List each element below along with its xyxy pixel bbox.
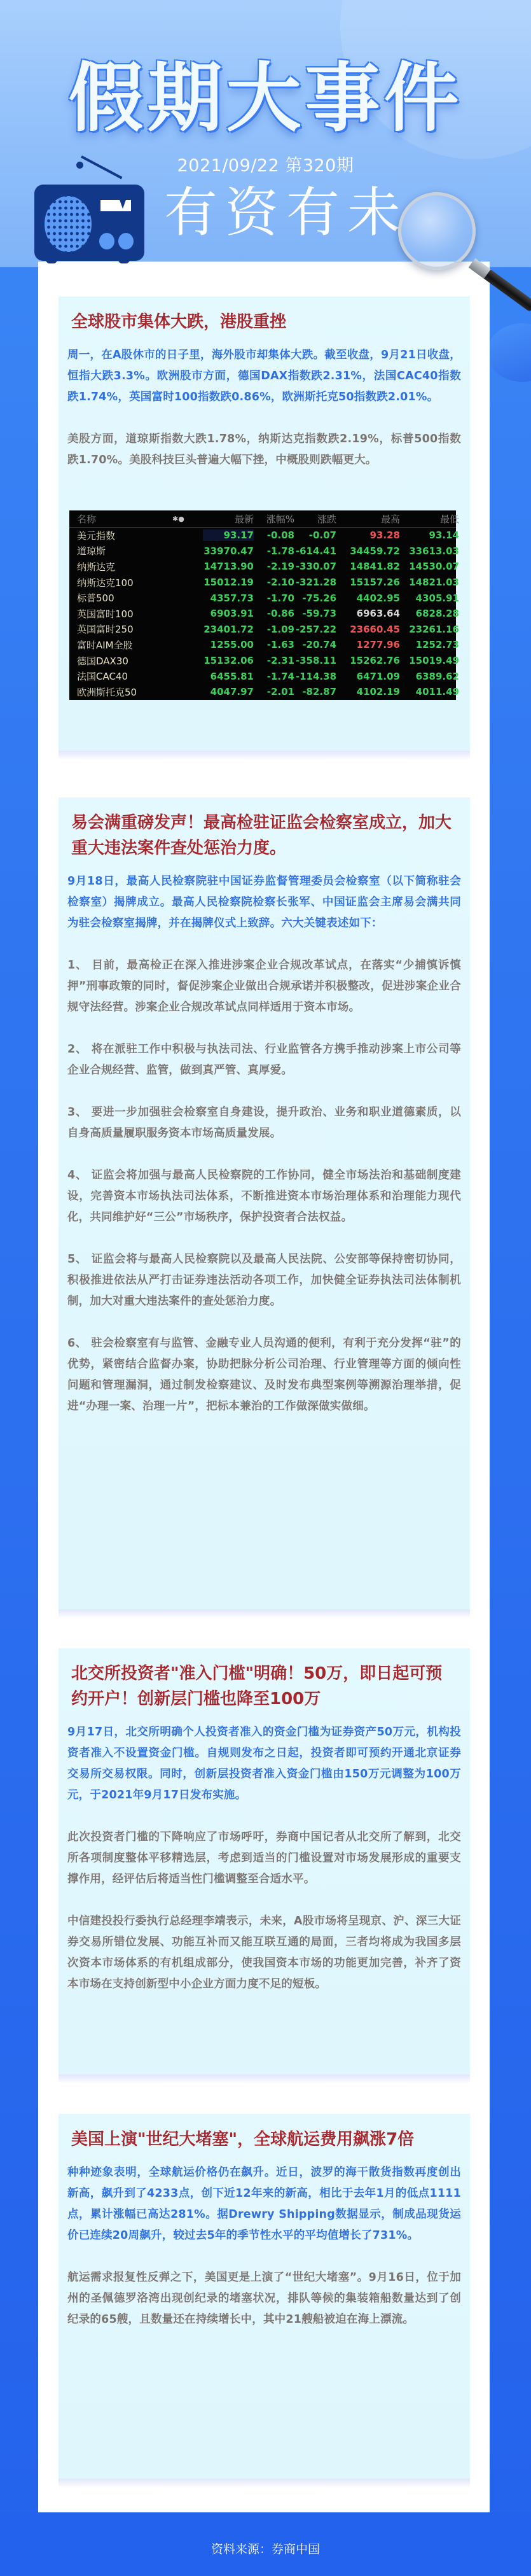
table-row[interactable]: 纳斯达克10015012.19-2.10-321.2815157.2614821… — [69, 575, 456, 591]
change-value: -358.11 — [294, 655, 336, 666]
radio-knob-icon — [99, 233, 114, 249]
change-percent: -0.08 — [254, 529, 294, 541]
high-value: 6471.09 — [336, 671, 400, 682]
source-credit: 资料来源：券商中国 — [0, 2540, 531, 2557]
magnifier-icon — [398, 192, 476, 270]
news-section-shipping: 美国上演"世纪大堵塞"，全球航运费用飙涨7倍 种种迹象表明，全球航运价格仍在飙升… — [59, 2114, 470, 2479]
column-header: 最新 — [203, 512, 254, 526]
section-title: 美国上演"世纪大堵塞"，全球航运费用飙涨7倍 — [67, 2127, 461, 2152]
change-percent: -2.01 — [254, 686, 294, 697]
news-section-procuratorate: 易会满重磅发声！最高检驻证监会检察室成立，加大重大违法案件查处惩治力度。 9月1… — [59, 797, 470, 1609]
change-value: -59.73 — [294, 608, 336, 619]
index-name: 德国DAX30 — [77, 654, 172, 668]
high-value: 1277.96 — [336, 639, 400, 650]
high-value: 4102.19 — [336, 686, 400, 697]
body-paragraph: 1、 目前，最高检正在深入推进涉案企业合规改革试点，在落实“少捕慎诉慎押”刑事政… — [67, 955, 461, 1018]
body-paragraph: 3、 要进一步加强驻会检察室自身建设，提升政治、业务和职业道德素质，以自身高质量… — [67, 1102, 461, 1144]
change-value: -20.74 — [294, 639, 336, 650]
high-value: 6963.64 — [336, 608, 400, 619]
low-value: 33613.03 — [400, 545, 459, 557]
table-row[interactable]: 欧洲斯托克504047.97-2.01-82.874102.194011.49 — [69, 684, 456, 700]
column-header: 涨幅% — [254, 512, 294, 526]
table-row[interactable]: 标普5004357.73-1.70-75.264402.954305.91 — [69, 590, 456, 606]
index-name: 道琼斯 — [77, 544, 172, 557]
high-value: 14841.82 — [336, 561, 400, 572]
column-subtitle: 有资有未 — [164, 186, 408, 239]
change-percent: -1.74 — [254, 671, 294, 682]
latest-value: 4357.73 — [203, 592, 254, 604]
latest-value: 15012.19 — [203, 577, 254, 588]
column-header: 涨跌 — [294, 512, 336, 526]
table-header: 名称 ✱● 最新 涨幅% 涨跌 最高 最低 — [69, 511, 456, 528]
market-quote-table: 名称 ✱● 最新 涨幅% 涨跌 最高 最低 美元指数93.17-0.08-0.0… — [69, 510, 456, 700]
change-value: -321.28 — [294, 577, 336, 588]
settings-dots-icon: ✱● — [172, 515, 203, 523]
high-value: 23660.45 — [336, 624, 400, 635]
change-value: -330.07 — [294, 561, 336, 572]
low-value: 1252.73 — [400, 639, 459, 650]
index-name: 法国CAC40 — [77, 669, 172, 683]
body-paragraph: 5、 证监会将与最高人民检察院以及最高人民法院、公安部等保持密切协同，积极推进依… — [67, 1249, 461, 1312]
radio-knob-icon — [118, 233, 134, 249]
column-header: 最低 — [400, 512, 459, 526]
latest-value: 1255.00 — [203, 639, 254, 650]
change-value: -0.07 — [294, 529, 336, 541]
radio-leg-icon — [118, 255, 130, 263]
latest-value: 6455.81 — [203, 671, 254, 682]
low-value: 14821.03 — [400, 577, 459, 588]
section-title: 易会满重磅发声！最高检驻证监会检察室成立，加大重大违法案件查处惩治力度。 — [67, 810, 461, 861]
radio-screen-icon — [100, 200, 131, 211]
news-section-global-stocks: 全球股市集体大跌，港股重挫 周一，在A股休市的日子里，海外股市却集体大跌。截至收… — [59, 297, 470, 751]
high-value: 15262.76 — [336, 655, 400, 666]
body-paragraph: 6、 驻会检察室有与监管、金融专业人员沟通的便利，有利于充分发挥“驻”的优势，紧… — [67, 1333, 461, 1417]
lead-paragraph: 9月17日，北交所明确个人投资者准入的资金门槛为证券资产50万元，机构投资者准入… — [67, 1722, 461, 1806]
table-row[interactable]: 富时AIM全股1255.00-1.63-20.741277.961252.73 — [69, 637, 456, 653]
change-percent: -2.31 — [254, 655, 294, 666]
change-percent: -2.19 — [254, 561, 294, 572]
change-value: -75.26 — [294, 592, 336, 604]
low-value: 14530.07 — [400, 561, 459, 572]
change-percent: -1.09 — [254, 624, 294, 635]
lead-paragraph: 种种迹象表明，全球航运价格仍在飙升。近日，波罗的海干散货指数再度创出新高，飙升到… — [67, 2162, 461, 2246]
latest-value: 33970.47 — [203, 545, 254, 557]
low-value: 4305.91 — [400, 592, 459, 604]
radio-speaker-icon — [45, 196, 92, 252]
index-name: 英国富时250 — [77, 622, 172, 636]
body-paragraph: 美股方面，道琼斯指数大跌1.78%，纳斯达克指数跌2.19%，标普500指数跌1… — [67, 429, 461, 471]
latest-value: 14713.90 — [203, 561, 254, 572]
lead-paragraph: 9月18日，最高人民检察院驻中国证券监督管理委员会检察室（以下简称驻会检察室）揭… — [67, 871, 461, 934]
radio-icon — [34, 185, 144, 261]
latest-value: 4047.97 — [203, 686, 254, 697]
table-row[interactable]: 美元指数93.17-0.08-0.0793.2893.14 — [69, 528, 456, 543]
index-name: 美元指数 — [77, 529, 172, 542]
table-row[interactable]: 法国CAC406455.81-1.74-114.386471.096389.62 — [69, 668, 456, 684]
news-section-bse-threshold: 北交所投资者"准入门槛"明确！50万，即日起可预约开户！创新层门槛也降至100万… — [59, 1648, 470, 2075]
change-percent: -2.10 — [254, 577, 294, 588]
index-name: 富时AIM全股 — [77, 638, 172, 652]
change-percent: -1.63 — [254, 639, 294, 650]
table-row[interactable]: 纳斯达克14713.90-2.19-330.0714841.8214530.07 — [69, 559, 456, 575]
index-name: 纳斯达克100 — [77, 576, 172, 589]
decorative-oval — [487, 323, 531, 382]
content-card: 全球股市集体大跌，港股重挫 周一，在A股休市的日子里，海外股市却集体大跌。截至收… — [38, 262, 490, 2512]
index-name: 标普500 — [77, 591, 172, 605]
low-value: 4011.49 — [400, 686, 459, 697]
change-percent: -1.78 — [254, 545, 294, 557]
low-value: 93.14 — [400, 529, 459, 541]
latest-value: 93.17 — [203, 529, 254, 541]
body-paragraph: 航运需求报复性反弹之下，美国更是上演了“世纪大堵塞”。9月16日，位于加州的圣佩… — [67, 2267, 461, 2330]
low-value: 6389.62 — [400, 671, 459, 682]
high-value: 15157.26 — [336, 577, 400, 588]
radio-leg-icon — [46, 255, 57, 263]
body-paragraph: 2、 将在派驻工作中积极与执法司法、行业监管各方携手推动涉案上市公司等企业合规经… — [67, 1039, 461, 1081]
index-name: 欧洲斯托克50 — [77, 685, 172, 699]
radio-icon — [76, 162, 83, 169]
column-header: 最高 — [336, 512, 400, 526]
change-percent: -1.70 — [254, 592, 294, 604]
change-value: -257.22 — [294, 624, 336, 635]
page-title: 假期大事件 — [0, 60, 531, 136]
high-value: 93.28 — [336, 529, 400, 541]
table-row[interactable]: 英国富时25023401.72-1.09-257.2223660.4523261… — [69, 622, 456, 638]
lead-paragraph: 周一，在A股休市的日子里，海外股市却集体大跌。截至收盘，9月21日收盘，恒指大跌… — [67, 345, 461, 408]
index-name: 纳斯达克 — [77, 560, 172, 573]
change-value: -82.87 — [294, 686, 336, 697]
footer: 资料来源：券商中国 — [0, 2512, 531, 2576]
section-title: 北交所投资者"准入门槛"明确！50万，即日起可预约开户！创新层门槛也降至100万 — [67, 1661, 461, 1712]
table-row[interactable]: 英国富时1006903.91-0.86-59.736963.646828.28 — [69, 606, 456, 622]
change-value: -614.41 — [294, 545, 336, 557]
low-value: 23261.16 — [400, 624, 459, 635]
table-row[interactable]: 道琼斯33970.47-1.78-614.4134459.7233613.03 — [69, 543, 456, 559]
latest-value: 15132.06 — [203, 655, 254, 666]
low-value: 6828.28 — [400, 608, 459, 619]
high-value: 4402.95 — [336, 592, 400, 604]
body-paragraph: 4、 证监会将加强与最高人民检察院的工作协同，健全市场法治和基础制度建设，完善资… — [67, 1165, 461, 1228]
latest-value: 6903.91 — [203, 608, 254, 619]
table-row[interactable]: 德国DAX3015132.06-2.31-358.1115262.7615019… — [69, 653, 456, 669]
index-name: 英国富时100 — [77, 607, 172, 620]
low-value: 15019.49 — [400, 655, 459, 666]
latest-value: 23401.72 — [203, 624, 254, 635]
change-value: -114.38 — [294, 671, 336, 682]
body-paragraph: 中信建投投行委执行总经理李靖表示，未来，A股市场将呈现京、沪、深三大证券交易所错… — [67, 1911, 461, 1995]
change-percent: -0.86 — [254, 608, 294, 619]
body-paragraph: 此次投资者门槛的下降响应了市场呼吁，券商中国记者从北交所了解到，北交所各项制度整… — [67, 1827, 461, 1890]
section-title: 全球股市集体大跌，港股重挫 — [67, 309, 461, 335]
column-header: 名称 — [77, 512, 172, 526]
high-value: 34459.72 — [336, 545, 400, 557]
